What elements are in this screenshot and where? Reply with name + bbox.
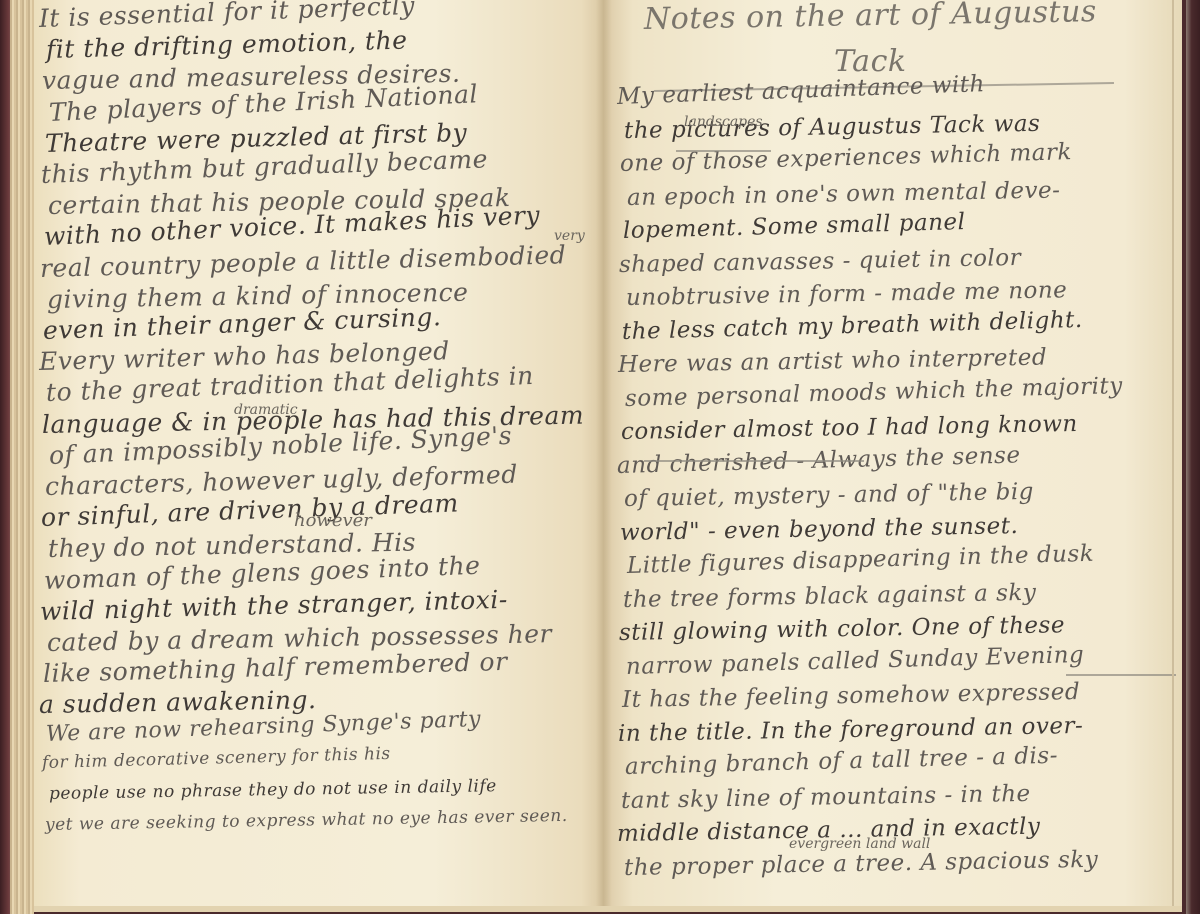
right-page: Notes on the art of Augustus Tack My ear… xyxy=(604,0,1182,912)
handwritten-line: shaped canvasses - quiet in color xyxy=(619,244,1022,277)
strikethrough-mark xyxy=(676,150,771,152)
handwritten-line: Little figures disappearing in the dusk xyxy=(627,541,1095,579)
handwritten-line: some personal moods which the majority xyxy=(625,372,1123,411)
handwritten-line: people use no phrase they do not use in … xyxy=(49,776,497,804)
handwritten-line: consider almost too I had long known xyxy=(621,411,1078,445)
inserted-word: dramatic xyxy=(234,402,298,418)
handwritten-line: tant sky line of mountains - in the xyxy=(621,780,1031,813)
handwritten-line: in the title. In the foreground an over- xyxy=(618,712,1084,746)
handwritten-line: My earliest acquaintance with xyxy=(617,71,986,110)
handwritten-line: for him decorative scenery for this his xyxy=(42,744,391,773)
inserted-word: landscapes xyxy=(684,114,763,130)
notebook-spread: It is essential for it perfectlyfit the … xyxy=(0,0,1200,914)
handwritten-line: the less catch my breath with delight. xyxy=(622,306,1083,344)
page-title: Notes on the art of Augustus xyxy=(644,0,1097,37)
left-page: It is essential for it perfectlyfit the … xyxy=(34,0,604,912)
strikethrough-mark xyxy=(644,460,864,462)
handwritten-line: an epoch in one's own mental deve- xyxy=(627,177,1061,211)
book-gutter xyxy=(596,0,612,906)
handwritten-line: narrow panels called Sunday Evening xyxy=(626,642,1085,680)
handwritten-line: one of those experiences which mark xyxy=(620,139,1073,177)
handwritten-line: world" - even beyond the sunset. xyxy=(620,513,1019,546)
handwritten-line: yet we are seeking to express what no ey… xyxy=(45,806,568,835)
inserted-word: however xyxy=(294,510,372,531)
handwritten-line: Here was an artist who interpreted xyxy=(618,345,1048,378)
page-edges xyxy=(10,0,34,914)
handwritten-line: of quiet, mystery - and of "the big xyxy=(624,479,1034,512)
handwritten-line: arching branch of a tall tree - a dis- xyxy=(625,743,1059,780)
handwritten-line: unobtrusive in form - made me none xyxy=(626,277,1068,311)
inserted-word: evergreen land wall xyxy=(789,836,930,852)
handwritten-line: lopement. Some small panel xyxy=(623,209,966,244)
strikethrough-mark xyxy=(1066,674,1176,676)
inserted-word: very xyxy=(554,228,585,244)
handwritten-line: the tree forms black against a sky xyxy=(623,579,1037,612)
book-cover-right-edge xyxy=(1186,0,1200,914)
handwritten-line: fit the drifting emotion, the xyxy=(46,26,408,64)
handwritten-line: It has the feeling somehow expressed xyxy=(622,679,1081,713)
handwritten-line: still glowing with color. One of these xyxy=(619,612,1065,646)
